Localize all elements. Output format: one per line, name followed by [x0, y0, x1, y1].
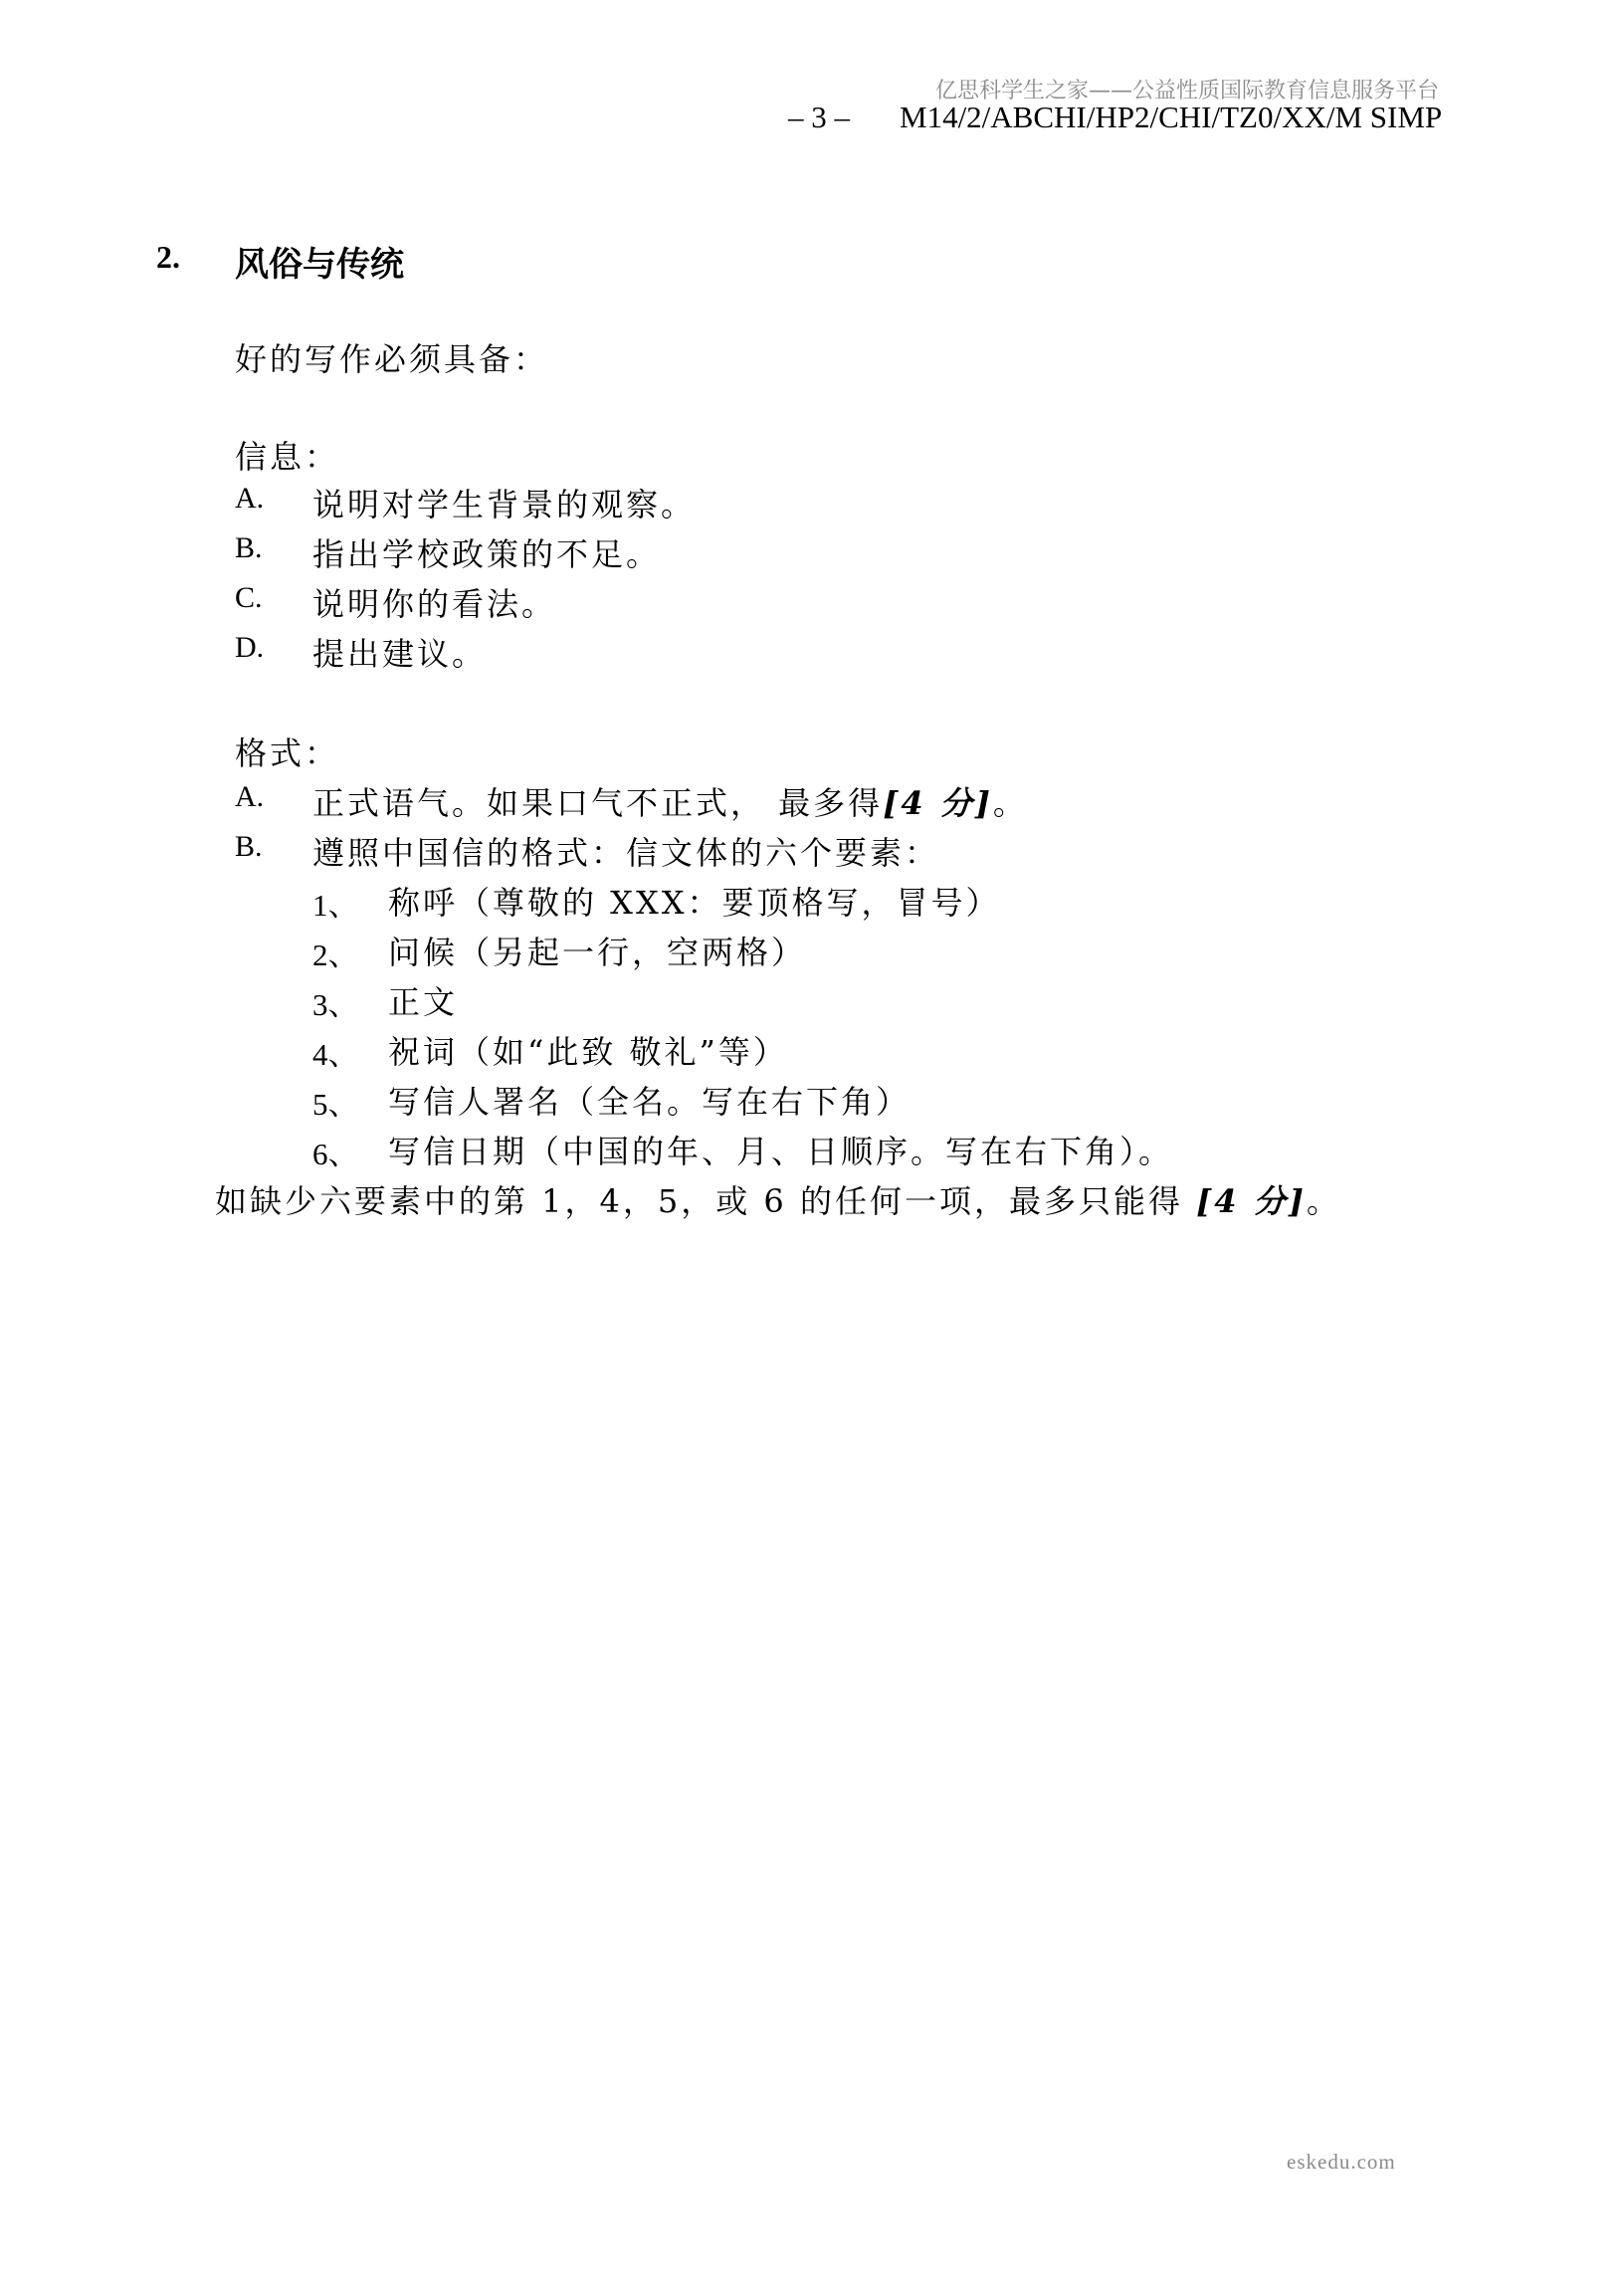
intro-text: 好的写作必须具备： [235, 334, 548, 380]
format-item-suffix: 。 [993, 784, 1028, 822]
element-number: 6、 [312, 1129, 359, 1173]
penalty-text: 如缺少六要素中的第 1，4，5，或 6 的任何一项，最多只能得 [215, 1182, 1196, 1220]
item-label: B. [235, 531, 263, 564]
content-item: B. [235, 531, 263, 565]
element-text: 问候（另起一行，空两格） [388, 928, 806, 973]
content-item-text: 说明你的看法。 [312, 579, 556, 625]
penalty-suffix: 。 [1307, 1182, 1341, 1220]
format-item-text: 遵照中国信的格式：信文体的六个要素： [312, 828, 939, 874]
content-item-text: 提出建议。 [312, 629, 487, 675]
item-label: A. [235, 780, 264, 813]
element-number: 3、 [312, 979, 359, 1024]
item-label: D. [235, 631, 264, 664]
element-number: 4、 [312, 1029, 359, 1074]
item-label: A. [235, 482, 264, 515]
section-title: 风俗与传统 [235, 237, 404, 286]
score-mark: [4 分] [883, 784, 993, 822]
footer-watermark: eskedu.com [1287, 2150, 1396, 2175]
content-item-text: 说明对学生背景的观察。 [312, 480, 696, 525]
element-text: 祝词（如“此致 敬礼”等） [388, 1027, 788, 1073]
section-number: 2. [156, 239, 180, 276]
format-heading: 格式： [235, 729, 339, 774]
element-number: 1、 [312, 880, 359, 925]
content-heading: 信息： [235, 432, 339, 478]
document-code: M14/2/ABCHI/HP2/CHI/TZ0/XX/M SIMP [900, 100, 1442, 135]
content-item: A. [235, 482, 264, 516]
content-item-text: 指出学校政策的不足。 [312, 529, 661, 575]
content-item: C. [235, 581, 263, 615]
format-item-text: 正式语气。如果口气不正式， 最多得[4 分]。 [312, 778, 1028, 824]
content-item: D. [235, 631, 264, 665]
page-number: – 3 – [788, 100, 850, 135]
item-label: C. [235, 581, 263, 614]
element-text: 正文 [388, 977, 458, 1023]
element-number: 5、 [312, 1079, 359, 1124]
format-item: B. [235, 830, 263, 864]
element-number: 2、 [312, 930, 359, 974]
format-item-body: 正式语气。如果口气不正式， 最多得 [312, 784, 883, 822]
item-label: B. [235, 830, 263, 863]
element-text: 称呼（尊敬的 XXX：要顶格写，冒号） [388, 878, 1001, 924]
score-mark: [4 分] [1196, 1182, 1307, 1220]
format-item: A. [235, 780, 264, 814]
element-text: 写信日期（中国的年、月、日顺序。写在右下角）。 [388, 1127, 1173, 1172]
penalty-note: 如缺少六要素中的第 1，4，5，或 6 的任何一项，最多只能得 [4 分]。 [215, 1176, 1341, 1222]
element-text: 写信人署名（全名。写在右下角） [388, 1077, 911, 1123]
